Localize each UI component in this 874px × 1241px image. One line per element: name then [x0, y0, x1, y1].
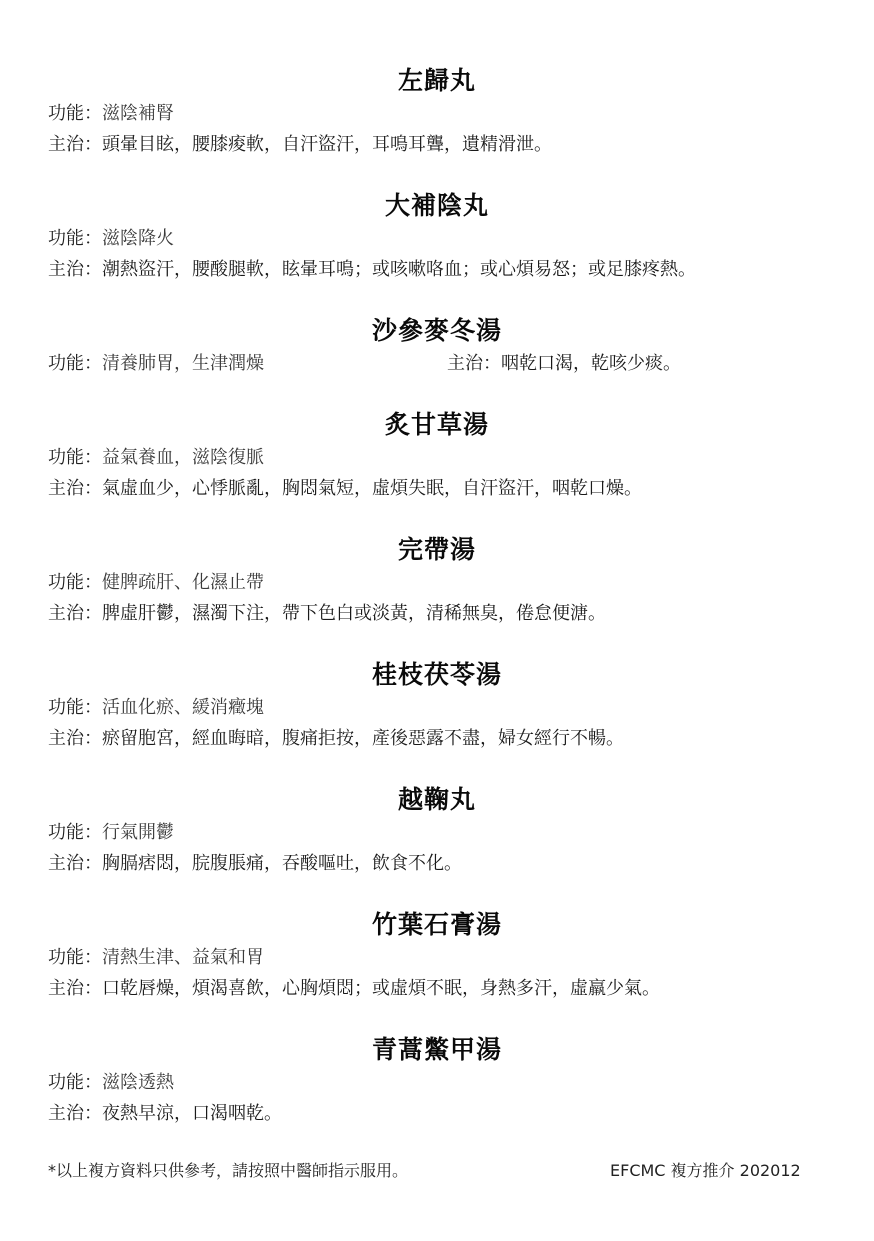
formula-title: 竹葉石膏湯	[0, 908, 874, 942]
function-label: 功能	[48, 572, 84, 593]
formula-title: 沙參麥冬湯	[0, 314, 874, 348]
function-value: 益氣養血，滋陰復脈	[102, 447, 264, 468]
function-value: 行氣開鬱	[102, 822, 174, 843]
function-line: 功能：清養肺胃，生津潤燥	[48, 352, 264, 376]
function-line: 功能：益氣養血，滋陰復脈	[48, 446, 264, 470]
formula-title: 青蒿鱉甲湯	[0, 1033, 874, 1067]
document-code: EFCMC 複方推介 202012	[610, 1160, 801, 1182]
indication-line: 主治：咽乾口渴，乾咳少痰。	[447, 352, 681, 376]
indication-line: 主治：頭暈目眩，腰膝痠軟，自汗盜汗，耳鳴耳聾，遺精滑泄。	[48, 133, 552, 157]
function-line: 功能：滋陰透熱	[48, 1071, 174, 1095]
indication-label: 主治	[48, 134, 84, 155]
function-label: 功能	[48, 947, 84, 968]
formula-title: 桂枝茯苓湯	[0, 658, 874, 692]
formula-title: 炙甘草湯	[0, 408, 874, 442]
indication-label: 主治	[48, 978, 84, 999]
function-line: 功能：滋陰降火	[48, 227, 174, 251]
function-label: 功能	[48, 447, 84, 468]
colon-separator: ：	[84, 353, 102, 374]
function-label: 功能	[48, 103, 84, 124]
indication-label: 主治	[48, 478, 84, 499]
indication-value: 脾虛肝鬱，濕濁下注，帶下色白或淡黃，清稀無臭，倦怠便溏。	[102, 603, 606, 624]
disclaimer-note: *以上複方資料只供參考，請按照中醫師指示服用。	[48, 1160, 408, 1182]
function-value: 滋陰補腎	[102, 103, 174, 124]
function-label: 功能	[48, 1072, 84, 1093]
formula-title: 越鞠丸	[0, 783, 874, 817]
indication-line: 主治：胸膈痞悶，脘腹脹痛，吞酸嘔吐，飲食不化。	[48, 852, 462, 876]
colon-separator: ：	[84, 822, 102, 843]
document-page: 左歸丸 功能：滋陰補腎 主治：頭暈目眩，腰膝痠軟，自汗盜汗，耳鳴耳聾，遺精滑泄。…	[0, 0, 874, 1241]
indication-value: 瘀留胞宮，經血晦暗，腹痛拒按，產後惡露不盡，婦女經行不暢。	[102, 728, 624, 749]
colon-separator: ：	[84, 728, 102, 749]
function-value: 滋陰降火	[102, 228, 174, 249]
function-line: 功能：行氣開鬱	[48, 821, 174, 845]
indication-label: 主治	[48, 728, 84, 749]
function-value: 活血化瘀、緩消癥塊	[102, 697, 264, 718]
function-label: 功能	[48, 228, 84, 249]
function-value: 清熱生津、益氣和胃	[102, 947, 264, 968]
colon-separator: ：	[84, 1103, 102, 1124]
indication-value: 氣虛血少，心悸脈亂，胸悶氣短，虛煩失眠，自汗盜汗，咽乾口燥。	[102, 478, 642, 499]
colon-separator: ：	[84, 447, 102, 468]
colon-separator: ：	[84, 947, 102, 968]
indication-line: 主治：口乾唇燥，煩渴喜飲，心胸煩悶；或虛煩不眠，身熱多汗，虛羸少氣。	[48, 977, 660, 1001]
colon-separator: ：	[84, 228, 102, 249]
function-value: 清養肺胃，生津潤燥	[102, 353, 264, 374]
function-line: 功能：活血化瘀、緩消癥塊	[48, 696, 264, 720]
indication-label: 主治	[447, 353, 483, 374]
function-label: 功能	[48, 822, 84, 843]
indication-value: 咽乾口渴，乾咳少痰。	[501, 353, 681, 374]
colon-separator: ：	[84, 853, 102, 874]
indication-value: 口乾唇燥，煩渴喜飲，心胸煩悶；或虛煩不眠，身熱多汗，虛羸少氣。	[102, 978, 660, 999]
formula-title: 大補陰丸	[0, 189, 874, 223]
function-line: 功能：健脾疏肝、化濕止帶	[48, 571, 264, 595]
colon-separator: ：	[84, 259, 102, 280]
function-value: 健脾疏肝、化濕止帶	[102, 572, 264, 593]
function-line: 功能：滋陰補腎	[48, 102, 174, 126]
indication-value: 潮熱盜汗，腰酸腿軟，眩暈耳鳴；或咳嗽咯血；或心煩易怒；或足膝疼熱。	[102, 259, 696, 280]
colon-separator: ：	[84, 1072, 102, 1093]
indication-value: 胸膈痞悶，脘腹脹痛，吞酸嘔吐，飲食不化。	[102, 853, 462, 874]
formula-title: 完帶湯	[0, 533, 874, 567]
indication-line: 主治：氣虛血少，心悸脈亂，胸悶氣短，虛煩失眠，自汗盜汗，咽乾口燥。	[48, 477, 642, 501]
colon-separator: ：	[84, 978, 102, 999]
indication-label: 主治	[48, 259, 84, 280]
colon-separator: ：	[84, 572, 102, 593]
colon-separator: ：	[84, 603, 102, 624]
formula-title: 左歸丸	[0, 64, 874, 98]
indication-line: 主治：脾虛肝鬱，濕濁下注，帶下色白或淡黃，清稀無臭，倦怠便溏。	[48, 602, 606, 626]
colon-separator: ：	[84, 103, 102, 124]
indication-label: 主治	[48, 603, 84, 624]
function-label: 功能	[48, 353, 84, 374]
colon-separator: ：	[483, 353, 501, 374]
colon-separator: ：	[84, 697, 102, 718]
indication-line: 主治：瘀留胞宮，經血晦暗，腹痛拒按，產後惡露不盡，婦女經行不暢。	[48, 727, 624, 751]
indication-line: 主治：潮熱盜汗，腰酸腿軟，眩暈耳鳴；或咳嗽咯血；或心煩易怒；或足膝疼熱。	[48, 258, 696, 282]
indication-label: 主治	[48, 1103, 84, 1124]
function-value: 滋陰透熱	[102, 1072, 174, 1093]
indication-label: 主治	[48, 853, 84, 874]
indication-value: 夜熱早涼，口渴咽乾。	[102, 1103, 282, 1124]
colon-separator: ：	[84, 478, 102, 499]
function-label: 功能	[48, 697, 84, 718]
colon-separator: ：	[84, 134, 102, 155]
indication-line: 主治：夜熱早涼，口渴咽乾。	[48, 1102, 282, 1126]
indication-value: 頭暈目眩，腰膝痠軟，自汗盜汗，耳鳴耳聾，遺精滑泄。	[102, 134, 552, 155]
function-line: 功能：清熱生津、益氣和胃	[48, 946, 264, 970]
